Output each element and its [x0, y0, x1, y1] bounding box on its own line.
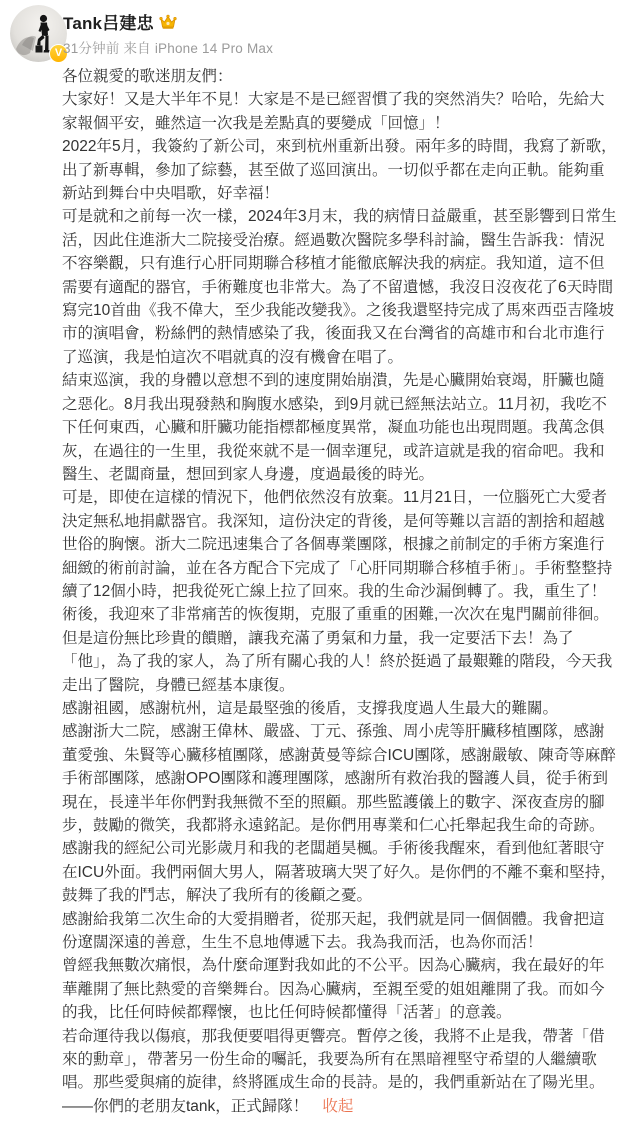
post-header: V Tank吕建忠 31分钟前 来自 iPhone 14 Pro Max: [0, 0, 630, 60]
post-meta: 31分钟前 来自 iPhone 14 Pro Max: [63, 37, 273, 57]
weibo-post-page: V Tank吕建忠 31分钟前 来自 iPhone 14 Pro Max 各位親…: [0, 0, 630, 1146]
post-paragraph: 感謝浙大二院，感謝王偉林、嚴盛、丁元、孫強、周小虎等肝臟移植團隊，感謝董愛強、朱…: [62, 720, 618, 837]
post-paragraph: 大家好！又是大半年不見！大家是不是已經習慣了我的突然消失？哈哈，先給大家報個平安…: [62, 88, 618, 135]
post-paragraph: 感謝給我第二次生命的大愛捐贈者，從那天起，我們就是同一個個體。我會把這份遼闊深遠…: [62, 908, 618, 955]
post-paragraph: 術後，我迎來了非常痛苦的恢復期，克服了重重的困難,一次次在鬼門關前徘徊。但是這份…: [62, 603, 618, 697]
post-time: 31分钟前: [63, 41, 120, 56]
author-avatar[interactable]: V: [10, 5, 67, 62]
post-paragraph: 可是就和之前每一次一樣，2024年3月末，我的病情日益嚴重，甚至影響到日常生活，…: [62, 205, 618, 369]
source-device: iPhone 14 Pro Max: [155, 41, 273, 56]
vip-crown-icon: [159, 14, 177, 30]
author-name[interactable]: Tank吕建忠: [63, 9, 154, 34]
collapse-link[interactable]: 收起: [322, 1098, 353, 1115]
source-label: 来自: [123, 41, 150, 56]
post-content: 各位親愛的歌迷朋友們：大家好！又是大半年不見！大家是不是已經習慣了我的突然消失？…: [0, 60, 630, 1118]
post-paragraph: 各位親愛的歌迷朋友們：: [62, 65, 618, 88]
signature-text: ——你們的老朋友tank，正式歸隊！: [62, 1098, 308, 1115]
post-paragraph: 2022年5月，我簽約了新公司，來到杭州重新出發。兩年多的時間，我寫了新歌，出了…: [62, 135, 618, 205]
post-paragraph: 曾經我無數次痛恨，為什麼命運對我如此的不公平。因為心臟病，我在最好的年華離開了無…: [62, 954, 618, 1024]
post-paragraphs: 各位親愛的歌迷朋友們：大家好！又是大半年不見！大家是不是已經習慣了我的突然消失？…: [62, 65, 618, 1095]
author-name-row: Tank吕建忠: [63, 9, 177, 34]
post-signature-line: ——你們的老朋友tank，正式歸隊！收起: [62, 1095, 618, 1118]
post-paragraph: 感謝我的經紀公司光影歲月和我的老闆趙昊楓。手術後我醒來，看到他紅著眼守在ICU外…: [62, 837, 618, 907]
post-paragraph: 結束巡演，我的身體以意想不到的速度開始崩潰，先是心臟開始衰竭，肝臟也隨之惡化。8…: [62, 369, 618, 486]
post-paragraph: 感謝祖國，感謝杭州，這是最堅強的後盾，支撐我度過人生最大的難關。: [62, 697, 618, 720]
post-paragraph: 可是，即使在這樣的情況下，他們依然沒有放棄。11月21日，一位腦死亡大愛者決定無…: [62, 486, 618, 603]
post-paragraph: 若命運待我以傷痕，那我便要唱得更響亮。暫停之後，我將不止是我，帶著「借來的勳章」…: [62, 1025, 618, 1095]
